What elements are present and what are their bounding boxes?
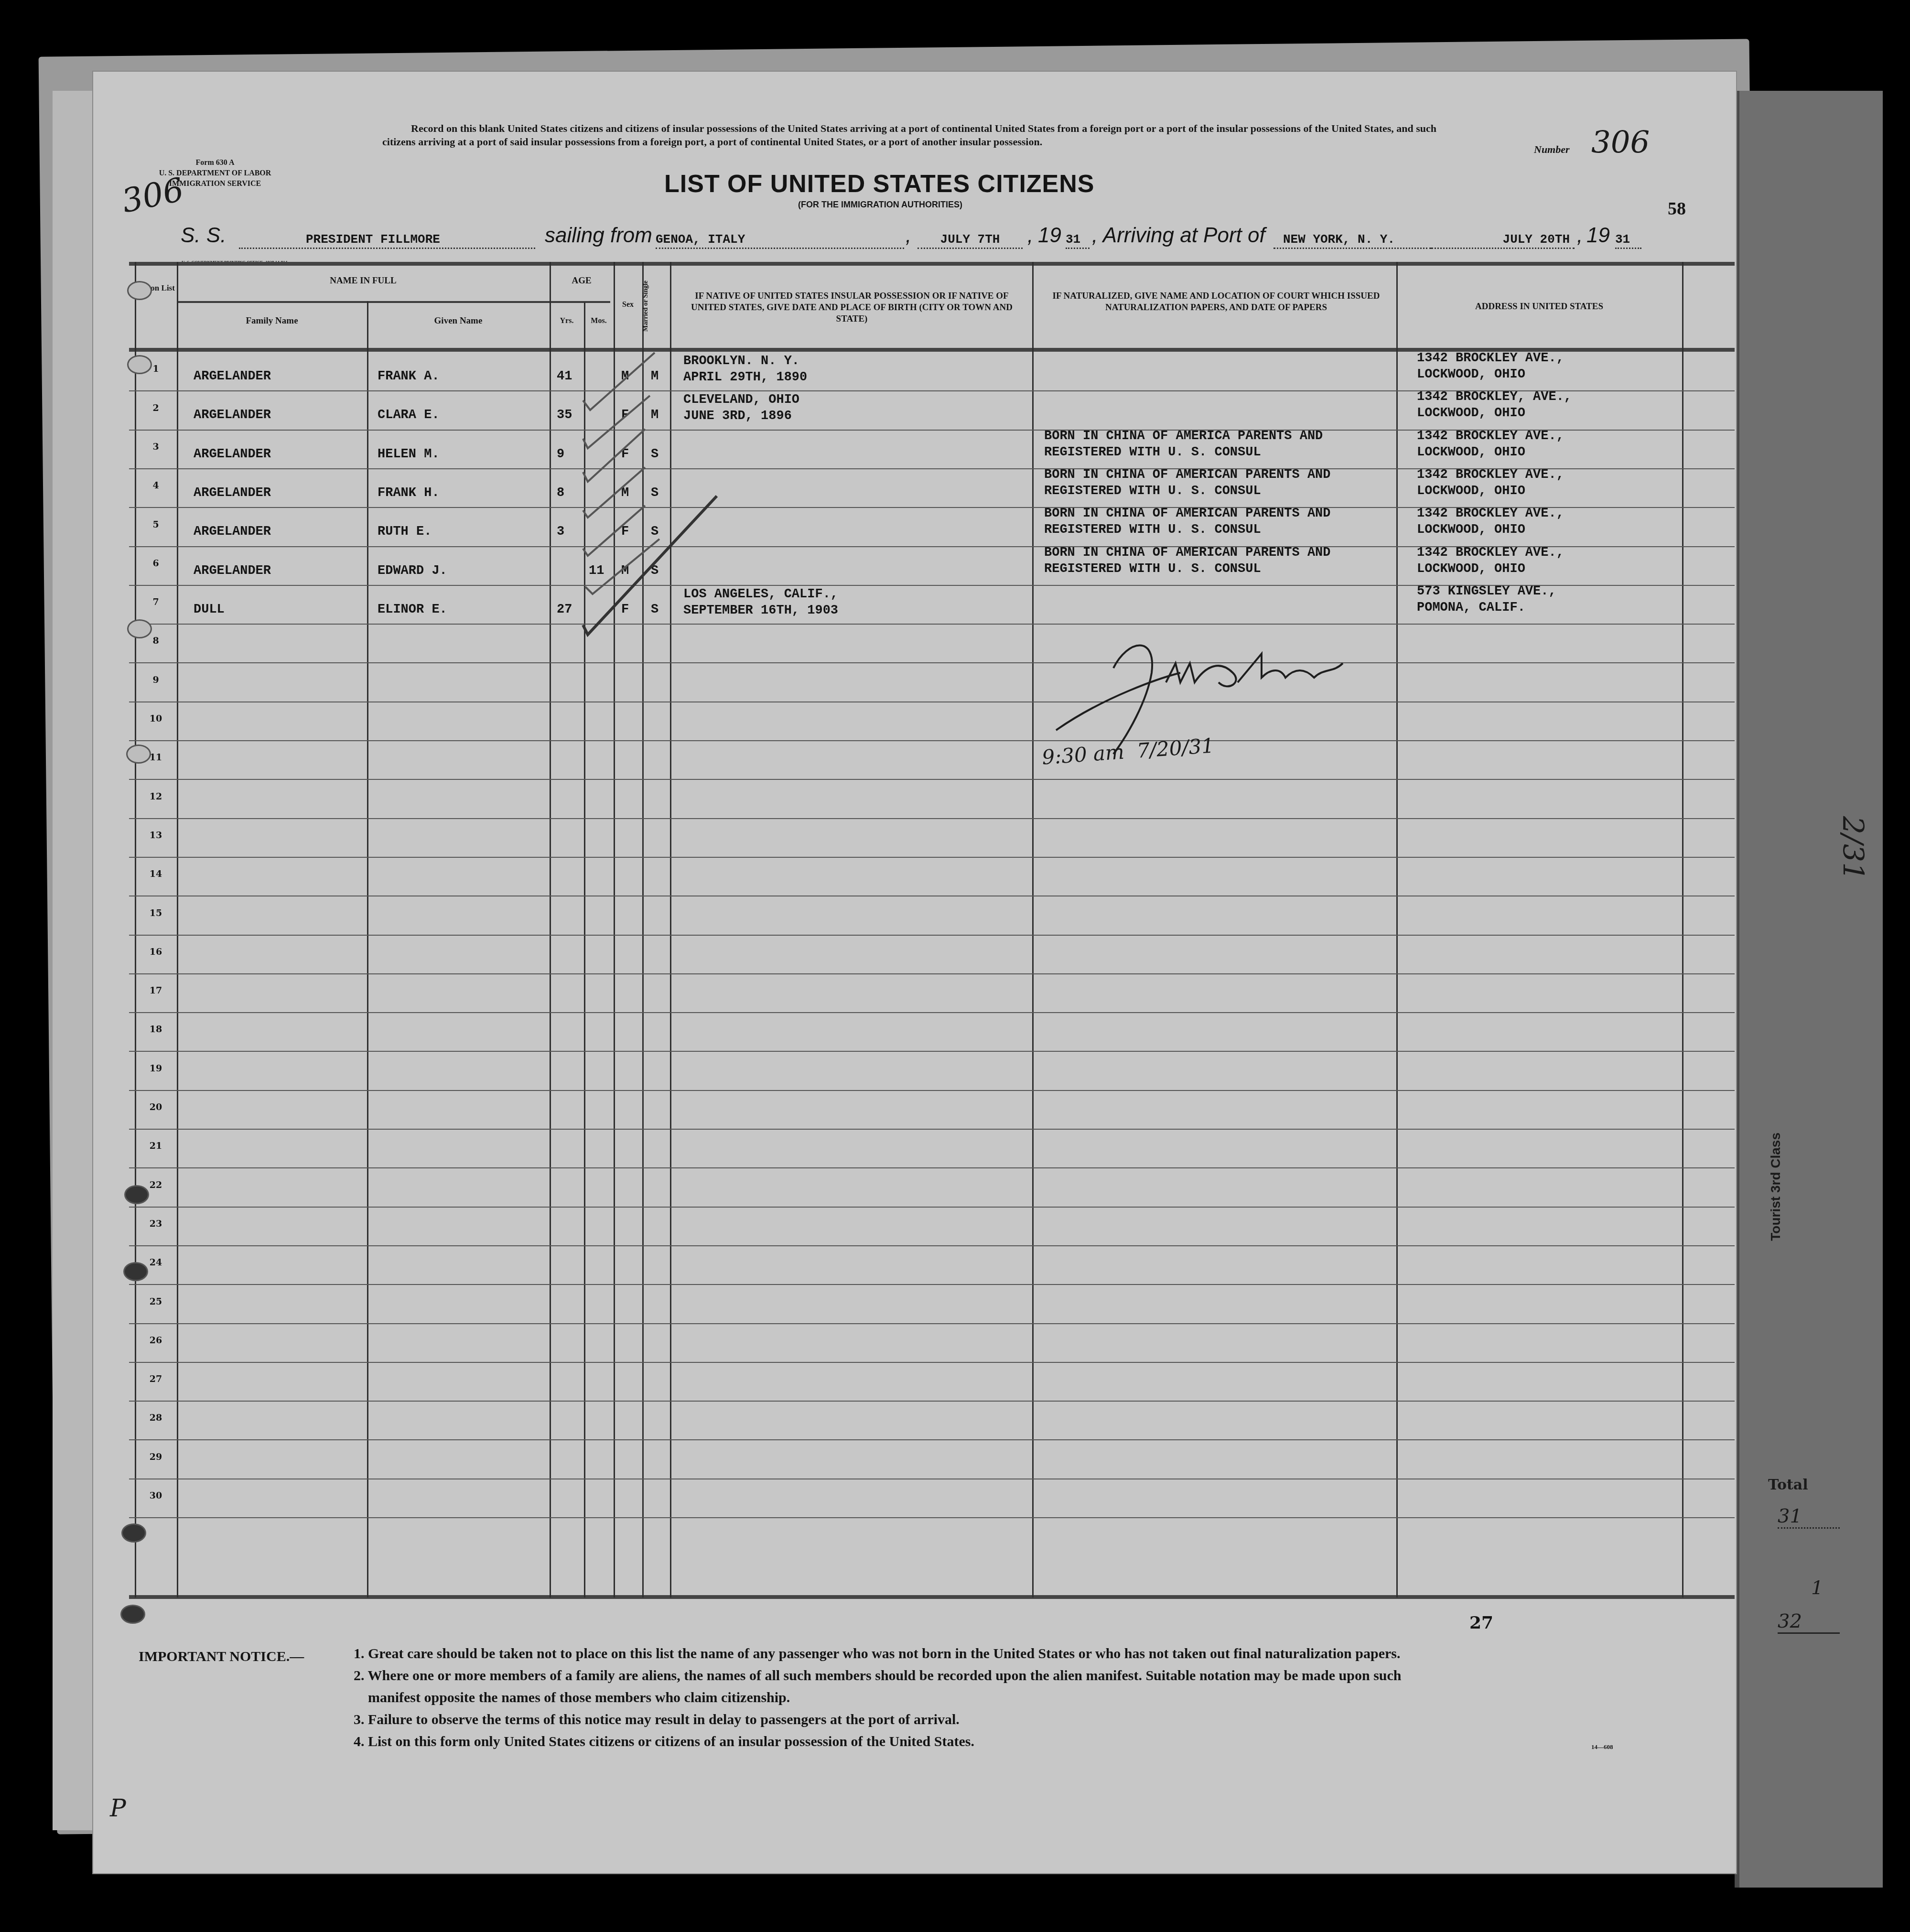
row-number: 19 xyxy=(137,1063,175,1074)
address-line-1: 1342 BROCKLEY AVE., xyxy=(1417,429,1564,444)
header-birth: IF NATIVE OF UNITED STATES INSULAR POSSE… xyxy=(679,291,1025,325)
family-name: ARGELANDER xyxy=(194,524,271,540)
family-name: ARGELANDER xyxy=(194,486,271,501)
comma-sep-3: , xyxy=(1577,224,1583,248)
row-rule xyxy=(129,896,1735,896)
side-total-3: 32 xyxy=(1778,1610,1840,1634)
sailing-label: sailing from xyxy=(545,224,652,248)
row-rule xyxy=(129,857,1735,858)
hole-punch xyxy=(126,745,151,764)
row-number: 14 xyxy=(137,869,175,879)
col-divider xyxy=(177,262,178,1597)
naturalization-line-1: BORN IN CHINA OF AMERICAN PARENTS AND xyxy=(1044,545,1331,561)
naturalization-line-2: REGISTERED WITH U. S. CONSUL xyxy=(1044,445,1261,461)
row-rule xyxy=(129,818,1735,819)
header-naturalized: IF NATURALIZED, GIVE NAME AND LOCATION O… xyxy=(1047,291,1386,313)
row-rule xyxy=(129,1207,1735,1208)
hole-punch xyxy=(121,1523,146,1543)
given-name: CLARA E. xyxy=(378,408,440,423)
arrival-year: 31 xyxy=(1615,232,1641,249)
given-name: EDWARD J. xyxy=(378,563,447,579)
header-married-single: Married or Single xyxy=(642,267,670,345)
side-note: Tourist 3rd Class xyxy=(1768,1133,1783,1241)
side-total-2: 1 xyxy=(1811,1577,1823,1599)
notice-item-4: 4. List on this form only United States … xyxy=(354,1732,974,1752)
row-number: 10 xyxy=(137,713,175,724)
number-label: Number xyxy=(1534,143,1570,156)
departure-year: 31 xyxy=(1066,232,1090,249)
row-number: 2 xyxy=(137,403,175,413)
hole-punch xyxy=(127,619,152,638)
row-rule xyxy=(129,1090,1735,1091)
row-rule xyxy=(129,662,1735,663)
col-divider xyxy=(1032,262,1034,1597)
address-line-2: LOCKWOOD, OHIO xyxy=(1417,561,1525,577)
given-name: HELEN M. xyxy=(378,447,440,463)
given-name: FRANK A. xyxy=(378,369,440,385)
row-rule xyxy=(129,740,1735,741)
header-given-name: Given Name xyxy=(367,315,550,327)
row-number: 23 xyxy=(137,1219,175,1229)
row-number: 26 xyxy=(137,1335,175,1346)
row-rule xyxy=(129,1517,1735,1518)
age-years: 35 xyxy=(557,408,572,423)
folder-edge: Tourist 3rd Class Total 31 1 32 2/31 xyxy=(1735,91,1883,1888)
page-title: LIST OF UNITED STATES CITIZENS xyxy=(664,170,1095,198)
family-name: ARGELANDER xyxy=(194,447,271,463)
departure-year-prefix: 19 xyxy=(1038,224,1061,248)
naturalization-line-1: BORN IN CHINA OF AMERICAN PARENTS AND xyxy=(1044,506,1331,522)
notice-item-3: 3. Failure to observe the terms of this … xyxy=(354,1710,960,1730)
col-divider xyxy=(367,301,368,1597)
arrival-port: NEW YORK, N. Y. xyxy=(1273,232,1431,249)
row-number: 3 xyxy=(137,442,175,452)
address-line-2: LOCKWOOD, OHIO xyxy=(1417,484,1525,499)
age-years: 9 xyxy=(557,447,564,463)
row-number: 12 xyxy=(137,791,175,802)
stamp-number: 27 xyxy=(1469,1613,1493,1633)
row-number: 5 xyxy=(137,519,175,530)
age-years: 3 xyxy=(557,524,564,540)
margin-letter: P xyxy=(110,1794,126,1822)
row-number: 21 xyxy=(137,1141,175,1151)
naturalization-line-1: BORN IN CHINA OF AMERICAN PARENTS AND xyxy=(1044,467,1331,483)
row-rule xyxy=(129,1362,1735,1363)
row-rule xyxy=(129,973,1735,974)
row-number: 29 xyxy=(137,1452,175,1462)
arrival-date: JULY 20TH xyxy=(1431,232,1575,249)
row-number: 9 xyxy=(137,675,175,685)
notice-item-2-cont: manifest opposite the names of those mem… xyxy=(368,1688,790,1708)
family-name: ARGELANDER xyxy=(194,563,271,579)
address-line-1: 1342 BROCKLEY AVE., xyxy=(1417,467,1564,483)
page-number: 58 xyxy=(1668,198,1686,219)
row-rule xyxy=(129,1479,1735,1479)
page-subtitle: (FOR THE IMMIGRATION AUTHORITIES) xyxy=(798,200,962,210)
form-code: 14—608 xyxy=(1591,1743,1613,1751)
naturalization-line-2: REGISTERED WITH U. S. CONSUL xyxy=(1044,522,1261,538)
address-line-2: LOCKWOOD, OHIO xyxy=(1417,406,1525,421)
address-line-2: POMONA, CALIF. xyxy=(1417,600,1525,616)
comma-sep: , xyxy=(906,224,911,248)
row-rule xyxy=(129,1129,1735,1130)
row-number: 20 xyxy=(137,1102,175,1112)
ship-name: PRESIDENT FILLMORE xyxy=(239,232,535,249)
address-line-1: 1342 BROCKLEY AVE., xyxy=(1417,506,1564,522)
departure-date: JULY 7TH xyxy=(917,232,1023,249)
header-yrs: Yrs. xyxy=(550,315,584,327)
table-bottom-rule xyxy=(129,1595,1735,1599)
row-rule xyxy=(129,779,1735,780)
list-number: 306 xyxy=(1591,125,1650,161)
table-top-rule xyxy=(129,262,1735,266)
passenger-table: U. S. GOVERNMENT PRINTING OFFICE: 1928 1… xyxy=(129,262,1735,1600)
hole-punch xyxy=(124,1185,149,1204)
col-divider xyxy=(1396,262,1398,1597)
check-marks xyxy=(573,348,917,673)
hole-punch xyxy=(123,1262,148,1281)
address-line-2: LOCKWOOD, OHIO xyxy=(1417,445,1525,461)
row-number: 4 xyxy=(137,480,175,491)
address-line-1: 1342 BROCKLEY AVE., xyxy=(1417,351,1564,367)
header-address: ADDRESS IN UNITED STATES xyxy=(1396,301,1682,313)
given-name: FRANK H. xyxy=(378,486,440,501)
address-line-1: 1342 BROCKLEY AVE., xyxy=(1417,545,1564,561)
hole-punch xyxy=(120,1605,145,1624)
row-rule xyxy=(129,1012,1735,1013)
given-name: ELINOR E. xyxy=(378,602,447,618)
row-rule xyxy=(129,935,1735,936)
hole-punch xyxy=(127,281,152,300)
row-number: 6 xyxy=(137,558,175,569)
side-scribble: 2/31 xyxy=(1836,816,1869,881)
notice-label: IMPORTANT NOTICE.— xyxy=(139,1647,304,1667)
header-name-in-full: NAME IN FULL xyxy=(177,275,550,287)
row-number: 25 xyxy=(137,1296,175,1307)
side-total-1: 31 xyxy=(1778,1505,1840,1529)
address-line-1: 573 KINGSLEY AVE., xyxy=(1417,584,1556,600)
from-port: GENOA, ITALY xyxy=(656,232,904,249)
form-number: Form 630 A xyxy=(143,158,287,168)
arrival-year-prefix: 19 xyxy=(1586,224,1610,248)
family-name: ARGELANDER xyxy=(194,408,271,423)
notice-item-1: 1. Great care should be taken not to pla… xyxy=(354,1644,1400,1664)
row-number: 7 xyxy=(137,597,175,607)
row-rule xyxy=(129,1439,1735,1440)
row-number: 17 xyxy=(137,985,175,996)
given-name: RUTH E. xyxy=(378,524,432,540)
col-divider xyxy=(550,262,551,1597)
header-mos: Mos. xyxy=(584,315,614,327)
notice-item-2: 2. Where one or more members of a family… xyxy=(354,1666,1402,1686)
naturalization-line-2: REGISTERED WITH U. S. CONSUL xyxy=(1044,561,1261,577)
row-rule xyxy=(129,624,1735,625)
age-years: 8 xyxy=(557,486,564,501)
row-rule xyxy=(129,1323,1735,1324)
row-number: 27 xyxy=(137,1374,175,1384)
hole-punch xyxy=(127,355,152,374)
comma-sep-2: , xyxy=(1027,224,1033,248)
arriving-label: , Arriving at Port of xyxy=(1092,224,1265,248)
side-total-label: Total xyxy=(1768,1477,1808,1493)
header-family-name: Family Name xyxy=(177,315,367,327)
row-rule xyxy=(129,1051,1735,1052)
row-number: 15 xyxy=(137,908,175,918)
row-rule xyxy=(129,1245,1735,1246)
subheader-rule xyxy=(178,301,610,303)
row-number: 16 xyxy=(137,947,175,957)
row-rule xyxy=(129,1401,1735,1402)
family-name: DULL xyxy=(194,602,225,618)
col-divider xyxy=(1682,262,1683,1597)
naturalization-line-1: BORN IN CHINA OF AMERICA PARENTS AND xyxy=(1044,429,1323,444)
address-line-2: LOCKWOOD, OHIO xyxy=(1417,367,1525,383)
address-line-1: 1342 BROCKLEY, AVE., xyxy=(1417,389,1572,405)
age-years: 41 xyxy=(557,369,572,385)
row-rule xyxy=(129,1284,1735,1285)
row-rule xyxy=(129,702,1735,702)
header-sex: Sex xyxy=(614,299,642,311)
row-number: 30 xyxy=(137,1490,175,1501)
col-divider xyxy=(135,262,136,1597)
address-line-2: LOCKWOOD, OHIO xyxy=(1417,522,1525,538)
naturalization-line-2: REGISTERED WITH U. S. CONSUL xyxy=(1044,484,1261,499)
family-name: ARGELANDER xyxy=(194,369,271,385)
row-rule xyxy=(129,1167,1735,1168)
row-number: 18 xyxy=(137,1024,175,1035)
row-number: 28 xyxy=(137,1413,175,1423)
header-age: AGE xyxy=(550,275,614,287)
age-years: 27 xyxy=(557,602,572,618)
ss-label: S. S. xyxy=(181,224,226,248)
instructions-text: Record on this blank United States citiz… xyxy=(382,122,1438,149)
row-number: 13 xyxy=(137,830,175,841)
